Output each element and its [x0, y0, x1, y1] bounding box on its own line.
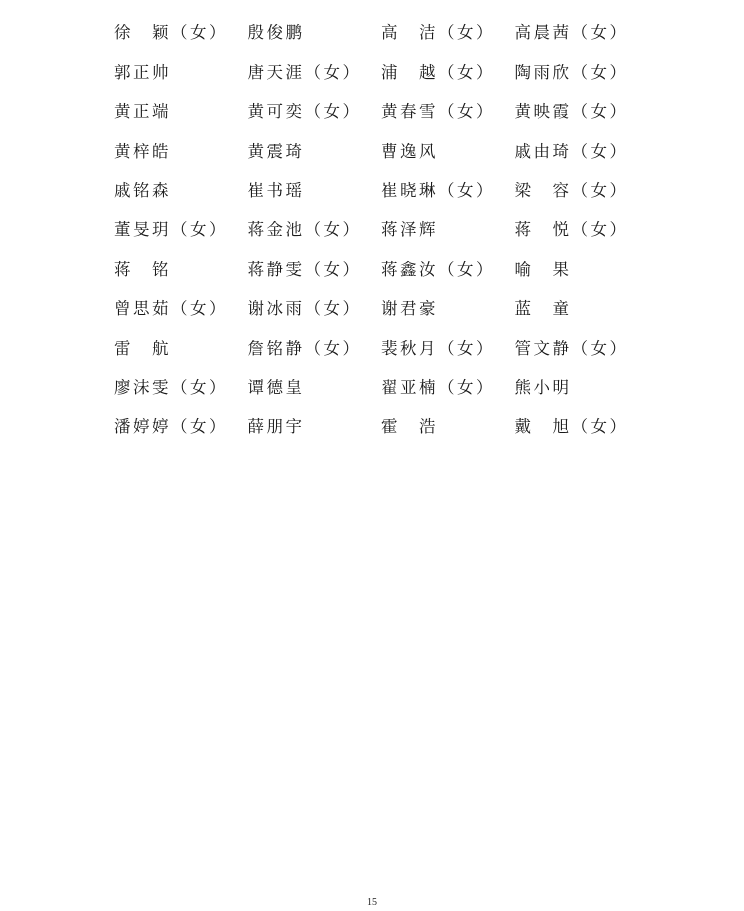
name-entry: 雷 航 — [114, 341, 248, 358]
name-entry: 崔晓琳（女） — [381, 183, 515, 200]
name-row: 戚铭森 崔书瑶 崔晓琳（女） 梁 容（女） — [114, 172, 654, 211]
name-entry: 蒋泽辉 — [381, 222, 515, 239]
name-entry: 高晨茜（女） — [515, 25, 649, 42]
name-entry: 戴 旭（女） — [515, 419, 649, 436]
name-row: 潘婷婷（女） 薛朋宇 霍 浩 戴 旭（女） — [114, 408, 654, 447]
name-entry: 谭德皇 — [248, 380, 382, 397]
page-number: 15 — [0, 897, 744, 908]
name-entry: 蒋鑫汝（女） — [381, 262, 515, 279]
name-row: 黄梓皓 黄震琦 曹逸风 戚由琦（女） — [114, 132, 654, 171]
name-row: 董旻玥（女） 蒋金池（女） 蒋泽辉 蒋 悦（女） — [114, 211, 654, 250]
name-entry: 廖沫雯（女） — [114, 380, 248, 397]
name-row: 徐 颖（女） 殷俊鹏 高 洁（女） 高晨茜（女） — [114, 14, 654, 53]
name-entry: 谢君豪 — [381, 301, 515, 318]
name-entry: 喻 果 — [515, 262, 649, 279]
name-row: 黄正端 黄可奕（女） 黄春雪（女） 黄映霞（女） — [114, 93, 654, 132]
name-row: 曾思茹（女） 谢冰雨（女） 谢君豪 蓝 童 — [114, 290, 654, 329]
name-entry: 蒋金池（女） — [248, 222, 382, 239]
name-entry: 梁 容（女） — [515, 183, 649, 200]
name-entry: 黄梓皓 — [114, 144, 248, 161]
name-entry: 郭正帅 — [114, 65, 248, 82]
name-entry: 徐 颖（女） — [114, 25, 248, 42]
name-entry: 曹逸风 — [381, 144, 515, 161]
name-entry: 黄正端 — [114, 104, 248, 121]
name-entry: 薛朋宇 — [248, 419, 382, 436]
name-row: 蒋 铭 蒋静雯（女） 蒋鑫汝（女） 喻 果 — [114, 250, 654, 289]
name-list: 徐 颖（女） 殷俊鹏 高 洁（女） 高晨茜（女） 郭正帅 唐天涯（女） 浦 越（… — [114, 14, 654, 447]
name-entry: 黄可奕（女） — [248, 104, 382, 121]
name-row: 郭正帅 唐天涯（女） 浦 越（女） 陶雨欣（女） — [114, 53, 654, 92]
name-entry: 董旻玥（女） — [114, 222, 248, 239]
name-entry: 潘婷婷（女） — [114, 419, 248, 436]
name-entry: 詹铭静（女） — [248, 341, 382, 358]
name-entry: 谢冰雨（女） — [248, 301, 382, 318]
name-entry: 曾思茹（女） — [114, 301, 248, 318]
name-row: 雷 航 詹铭静（女） 裴秋月（女） 管文静（女） — [114, 329, 654, 368]
document-page: 徐 颖（女） 殷俊鹏 高 洁（女） 高晨茜（女） 郭正帅 唐天涯（女） 浦 越（… — [0, 0, 744, 911]
name-entry: 蒋 悦（女） — [515, 222, 649, 239]
name-entry: 熊小明 — [515, 380, 649, 397]
name-entry: 蓝 童 — [515, 301, 649, 318]
name-entry: 陶雨欣（女） — [515, 65, 649, 82]
name-entry: 戚铭森 — [114, 183, 248, 200]
name-entry: 崔书瑶 — [248, 183, 382, 200]
name-entry: 高 洁（女） — [381, 25, 515, 42]
name-entry: 黄映霞（女） — [515, 104, 649, 121]
name-entry: 戚由琦（女） — [515, 144, 649, 161]
name-entry: 蒋 铭 — [114, 262, 248, 279]
name-entry: 殷俊鹏 — [248, 25, 382, 42]
name-entry: 霍 浩 — [381, 419, 515, 436]
name-entry: 黄春雪（女） — [381, 104, 515, 121]
name-entry: 唐天涯（女） — [248, 65, 382, 82]
name-entry: 管文静（女） — [515, 341, 649, 358]
name-entry: 浦 越（女） — [381, 65, 515, 82]
name-entry: 黄震琦 — [248, 144, 382, 161]
name-entry: 裴秋月（女） — [381, 341, 515, 358]
name-row: 廖沫雯（女） 谭德皇 翟亚楠（女） 熊小明 — [114, 369, 654, 408]
name-entry: 翟亚楠（女） — [381, 380, 515, 397]
name-entry: 蒋静雯（女） — [248, 262, 382, 279]
